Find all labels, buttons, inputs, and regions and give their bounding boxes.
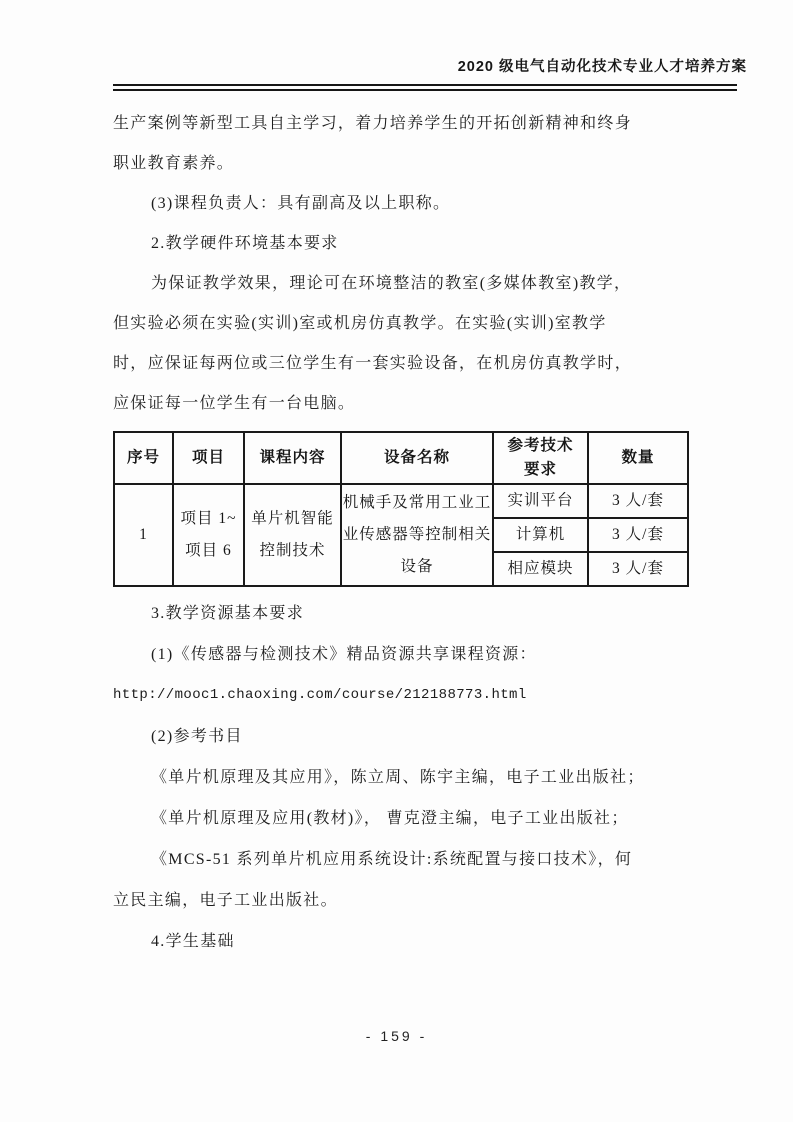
- page-number: - 159 -: [0, 1028, 793, 1044]
- col-header-tech-req: 参考技术 要求: [493, 432, 588, 484]
- paragraph-line: 生产案例等新型工具自主学习，着力培养学生的开拓创新精神和终身: [113, 104, 753, 144]
- cell-requirement: 相应模块: [493, 552, 588, 586]
- equipment-requirements-table: 序号 项目 课程内容 设备名称 参考技术 要求 数量 1 项目 1~ 项目 6 …: [113, 431, 689, 587]
- cell-requirement: 计算机: [493, 518, 588, 552]
- paragraph-line: 但实验必须在实验(实训)室或机房仿真教学。在实验(实训)室教学: [113, 304, 753, 344]
- reference-book-line: 立民主编，电子工业出版社。: [113, 880, 753, 921]
- table-header-row: 序号 项目 课程内容 设备名称 参考技术 要求 数量: [114, 432, 688, 484]
- cell-requirement: 实训平台: [493, 484, 588, 518]
- reference-book-line: 《单片机原理及应用(教材)》， 曹克澄主编，电子工业出版社；: [113, 798, 753, 839]
- reference-book-line: 《MCS-51 系列单片机应用系统设计:系统配置与接口技术》，何: [113, 839, 753, 880]
- page-body: 生产案例等新型工具自主学习，着力培养学生的开拓创新精神和终身 职业教育素养。 (…: [113, 104, 753, 962]
- section-heading: 4.学生基础: [113, 921, 753, 962]
- cell-course: 单片机智能 控制技术: [244, 484, 341, 586]
- cell-index: 1: [114, 484, 173, 586]
- paragraph-line: (3)课程负责人：具有副高及以上职称。: [113, 184, 753, 224]
- cell-quantity: 3 人/套: [588, 518, 688, 552]
- cell-quantity: 3 人/套: [588, 552, 688, 586]
- paragraph-line: 时，应保证每两位或三位学生有一套实验设备，在机房仿真教学时，: [113, 344, 753, 384]
- col-header-index: 序号: [114, 432, 173, 484]
- reference-book-line: 《单片机原理及其应用》，陈立周、陈宇主编，电子工业出版社；: [113, 757, 753, 798]
- col-header-equipment: 设备名称: [341, 432, 493, 484]
- col-header-project: 项目: [173, 432, 244, 484]
- header-double-rule: [113, 84, 737, 91]
- paragraph-line: 为保证教学效果，理论可在环境整洁的教室(多媒体教室)教学，: [113, 264, 753, 304]
- cell-project: 项目 1~ 项目 6: [173, 484, 244, 586]
- paragraph-line: (1)《传感器与检测技术》精品资源共享课程资源：: [113, 634, 753, 675]
- paragraph-line: 应保证每一位学生有一台电脑。: [113, 384, 753, 424]
- paragraph-line: (2)参考书目: [113, 716, 753, 757]
- paragraph-line: 职业教育素养。: [113, 144, 753, 184]
- table-row: 1 项目 1~ 项目 6 单片机智能 控制技术 机械手及常用工业工 业传感器等控…: [114, 484, 688, 518]
- lower-body: 3.教学资源基本要求 (1)《传感器与检测技术》精品资源共享课程资源： http…: [113, 593, 753, 962]
- cell-quantity: 3 人/套: [588, 484, 688, 518]
- section-heading: 3.教学资源基本要求: [113, 593, 753, 634]
- col-header-quantity: 数量: [588, 432, 688, 484]
- section-heading: 2.教学硬件环境基本要求: [113, 224, 753, 264]
- document-page: 2020 级电气自动化技术专业人才培养方案 生产案例等新型工具自主学习，着力培养…: [0, 0, 793, 1122]
- course-url: http://mooc1.chaoxing.com/course/2121887…: [113, 675, 753, 716]
- cell-equipment: 机械手及常用工业工 业传感器等控制相关 设备: [341, 484, 493, 586]
- running-header-title: 2020 级电气自动化技术专业人才培养方案: [458, 55, 747, 76]
- col-header-course: 课程内容: [244, 432, 341, 484]
